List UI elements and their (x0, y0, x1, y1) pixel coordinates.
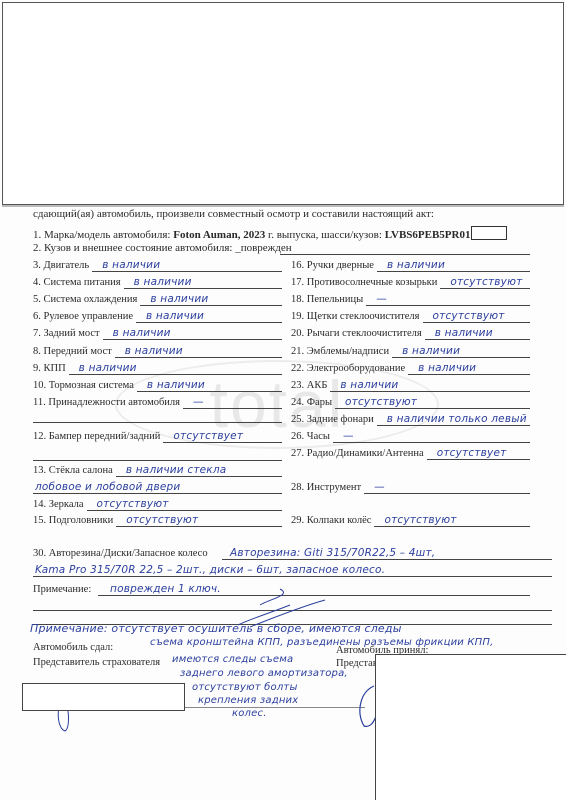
handwritten-note-3: имеются следы съема (172, 654, 293, 665)
right-item-value-6: в наличии (418, 362, 476, 374)
right-item-label-9: 25. Задние фонари (291, 414, 374, 426)
right-item-label-6: 22. Электрооборудование (291, 363, 405, 375)
right-item-field-6[interactable]: в наличии (408, 362, 530, 375)
left-item-field-3[interactable]: в наличии (136, 310, 282, 323)
left-item-label-11: 14. Зеркала (33, 499, 84, 511)
right-item-value-1: отсутствуют (450, 276, 522, 288)
right-item-label-8: 24. Фары (291, 397, 332, 409)
left-item-value-11: отсутствуют (97, 498, 169, 510)
redaction-box-signature-left (22, 683, 185, 711)
left-item-label-9: 12. Бампер передний/задний (33, 431, 160, 443)
right-item-field-12[interactable]: — (364, 481, 530, 494)
right-item-field-3[interactable]: отсутствуют (423, 310, 530, 323)
item-30-field-1[interactable]: Авторезина: Giti 315/70R22,5 – 4шт, (222, 547, 552, 560)
left-item-label-6: 9. КПП (33, 363, 66, 375)
left-item-field-7[interactable]: в наличии (137, 379, 282, 392)
right-item-field-10[interactable]: — (333, 430, 530, 443)
left-item-value-2: в наличии (150, 293, 208, 305)
right-item-label-2: 18. Пепельницы (291, 294, 363, 306)
right-item-value-7: в наличии (340, 379, 398, 391)
intro-text: сдающий(ая) автомобиль, произвели совмес… (33, 208, 434, 221)
left-item-label-5: 8. Передний мост (33, 346, 112, 358)
right-item-value-3: отсутствуют (433, 310, 505, 322)
right-item-label-13: 29. Колпаки колёс (291, 515, 371, 527)
right-item-label-3: 19. Щетки стеклоочистителя (291, 311, 420, 323)
item-1-vehicle: 1. Марка/модель автомобиля: Foton Auman,… (33, 226, 507, 242)
left-item-value-6: в наличии (79, 362, 137, 374)
left-item-value-8: — (193, 396, 204, 408)
insurer-rep-label: Представитель страхователя (33, 657, 160, 669)
handwritten-note-4: заднего левого амортизатора, (180, 668, 348, 679)
signature-line (185, 695, 365, 708)
strike-through-mark (230, 585, 340, 630)
left-item-label-3: 6. Рулевое управление (33, 311, 133, 323)
left-item-label-4: 7. Задний мост (33, 328, 100, 340)
other-rep-label: Представ (336, 658, 378, 670)
left-item-value-4: в наличии (113, 327, 171, 339)
left-item-value-3: в наличии (146, 310, 204, 322)
right-item-label-4: 20. Рычаги стеклоочистителя (291, 328, 422, 340)
right-item-value-12: — (374, 481, 385, 493)
left-item-field-4[interactable]: в наличии (103, 327, 282, 340)
left-item-field-6[interactable]: в наличии (69, 362, 282, 375)
right-item-label-1: 17. Противосолнечные козырьки (291, 277, 437, 289)
left-item-label-12: 15. Подголовники (33, 515, 113, 527)
left-item-label-0: 3. Двигатель (33, 260, 89, 272)
handwritten-note-2: съема кронштейна КПП, разъединены разъем… (150, 637, 493, 648)
left-item-field-10-cont[interactable]: лобовое и лобовой двери (33, 481, 282, 494)
redaction-box-header (2, 2, 564, 205)
chassis-label: шасси/кузов: (321, 229, 385, 241)
right-item-field-0[interactable]: в наличии (377, 259, 530, 272)
right-item-label-11: 27. Радио/Динамики/Антенна (291, 448, 424, 460)
handwritten-note-1: Примечание: отсутствует осушитель в сбор… (30, 622, 402, 635)
item-2-body: 2. Кузов и внешнее состояние автомобиля:… (33, 242, 292, 255)
right-item-field-11[interactable]: отсутствует (427, 447, 530, 460)
right-item-field-9[interactable]: в наличии только левый (377, 413, 530, 426)
handed-over-label: Автомобиль сдал: (33, 642, 113, 654)
item-30-field-2[interactable]: Kama Pro 315/70R 22,5 – 2шт., диски – 6ш… (33, 564, 552, 577)
item-30-value-2: Kama Pro 315/70R 22,5 – 2шт., диски – 6ш… (35, 564, 385, 576)
left-item-field-2[interactable]: в наличии (140, 293, 282, 306)
right-item-label-12: 28. Инструмент (291, 482, 361, 494)
left-item-label-10: 13. Стёкла салона (33, 465, 113, 477)
right-item-field-2[interactable]: — (366, 293, 530, 306)
left-item-field-0[interactable]: в наличии (92, 259, 282, 272)
left-item-field-8[interactable]: — (183, 396, 282, 409)
right-item-value-0: в наличии (387, 259, 445, 271)
right-item-value-9: в наличии только левый (387, 413, 527, 425)
left-item-field-10[interactable]: в наличии стекла (116, 464, 282, 477)
right-item-label-5: 21. Эмблемы/надписи (291, 346, 389, 358)
right-item-value-4: в наличии (435, 327, 493, 339)
item-2-line (280, 242, 530, 255)
left-item-field-5[interactable]: в наличии (115, 345, 282, 358)
left-item-value-7: в наличии (147, 379, 205, 391)
left-item-field-12[interactable]: отсутствуют (116, 514, 282, 527)
item-2-label: 2. Кузов и внешнее состояние автомобиля: (33, 242, 232, 254)
left-item-12-cont-line (33, 448, 282, 461)
right-item-field-8[interactable]: отсутствуют (335, 396, 530, 409)
handwritten-note-7: колес. (232, 708, 267, 719)
handwritten-note-5: отсутствуют болты (192, 682, 298, 693)
right-item-field-5[interactable]: в наличии (392, 345, 530, 358)
left-item-value-5: в наличии (125, 345, 183, 357)
item-1-mid: г. выпуска, (265, 229, 321, 241)
left-item-field-1[interactable]: в наличии (124, 276, 282, 289)
vehicle-model: Foton Auman, 2023 (173, 229, 265, 241)
right-item-value-5: в наличии (402, 345, 460, 357)
left-item-value-0: в наличии (102, 259, 160, 271)
item-30-value-1: Авторезина: Giti 315/70R22,5 – 4шт, (230, 547, 435, 559)
right-item-value-13: отсутствуют (384, 514, 456, 526)
left-item-label-8: 11. Принадлежности автомобиля (33, 397, 180, 409)
right-item-value-10: — (343, 430, 354, 442)
left-item-value-12: отсутствуют (126, 514, 198, 526)
right-item-label-10: 26. Часы (291, 431, 330, 443)
left-item-value-10-cont: лобовое и лобовой двери (35, 481, 180, 493)
redaction-box-signature-right (375, 654, 566, 800)
left-item-field-9[interactable]: отсутствует (163, 430, 282, 443)
right-item-label-0: 16. Ручки дверные (291, 260, 374, 272)
vin-redaction (471, 226, 507, 240)
left-item-label-7: 10. Тормозная система (33, 380, 134, 392)
right-item-value-11: отсутствует (437, 447, 507, 459)
right-item-field-4[interactable]: в наличии (425, 327, 530, 340)
left-item-label-2: 5. Система охлаждения (33, 294, 137, 306)
left-item-value-9: отсутствует (173, 430, 243, 442)
right-item-field-13[interactable]: отсутствуют (374, 514, 530, 527)
right-item-field-1[interactable]: отсутствуют (440, 276, 530, 289)
remark-label: Примечание: (33, 584, 91, 596)
left-item-field-11[interactable]: отсутствуют (87, 498, 282, 511)
item-30-label: 30. Авторезина/Диски/Запасное колесо (33, 548, 208, 560)
left-item-label-1: 4. Система питания (33, 277, 121, 289)
right-item-value-8: отсутствуют (345, 396, 417, 408)
item-1-label: 1. Марка/модель автомобиля: (33, 229, 173, 241)
right-item-field-7[interactable]: в наличии (330, 379, 530, 392)
right-item-label-7: 23. АКБ (291, 380, 327, 392)
left-item-11-cont-line (33, 410, 282, 423)
left-item-value-1: в наличии (134, 276, 192, 288)
left-item-value-10: в наличии стекла (126, 464, 227, 476)
vin-number: LVBS6PEB5PR01 (385, 229, 471, 241)
remark-value: поврежден 1 ключ. (110, 583, 221, 595)
right-item-value-2: — (376, 293, 387, 305)
